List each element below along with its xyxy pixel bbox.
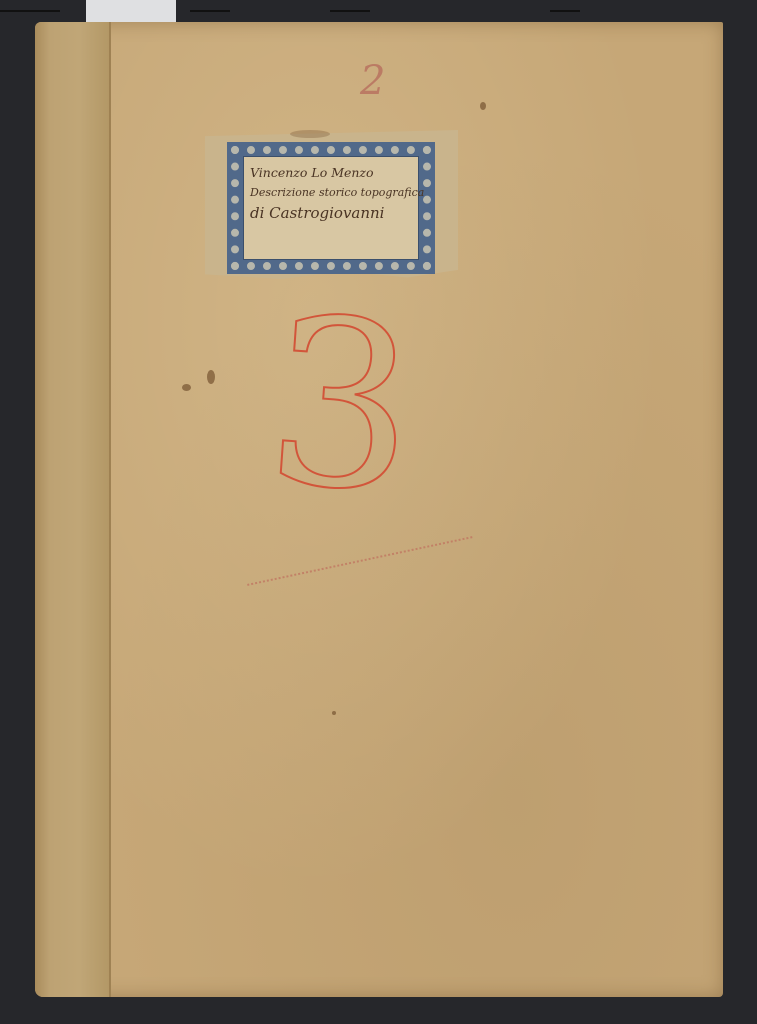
stain-spot bbox=[332, 711, 336, 715]
label-place: di Castrogiovanni bbox=[250, 203, 412, 223]
ruler-mark bbox=[190, 10, 230, 12]
stain-spot bbox=[290, 130, 330, 138]
cover-label: Vincenzo Lo Menzo Descrizione storico to… bbox=[227, 142, 435, 274]
book-spine bbox=[35, 22, 111, 997]
ruler-mark bbox=[550, 10, 580, 12]
stain-spot bbox=[207, 370, 215, 384]
ruler-mark bbox=[330, 10, 370, 12]
label-text-area: Vincenzo Lo Menzo Descrizione storico to… bbox=[243, 156, 419, 260]
stain-spot bbox=[182, 384, 191, 391]
red-crayon-number: 3 bbox=[260, 287, 422, 527]
ruler-mark bbox=[0, 10, 60, 12]
stain-spot bbox=[480, 102, 486, 110]
label-title: Descrizione storico topografica bbox=[250, 183, 412, 203]
label-author: Vincenzo Lo Menzo bbox=[250, 163, 412, 183]
pencil-number-mark: 2 bbox=[360, 58, 385, 104]
